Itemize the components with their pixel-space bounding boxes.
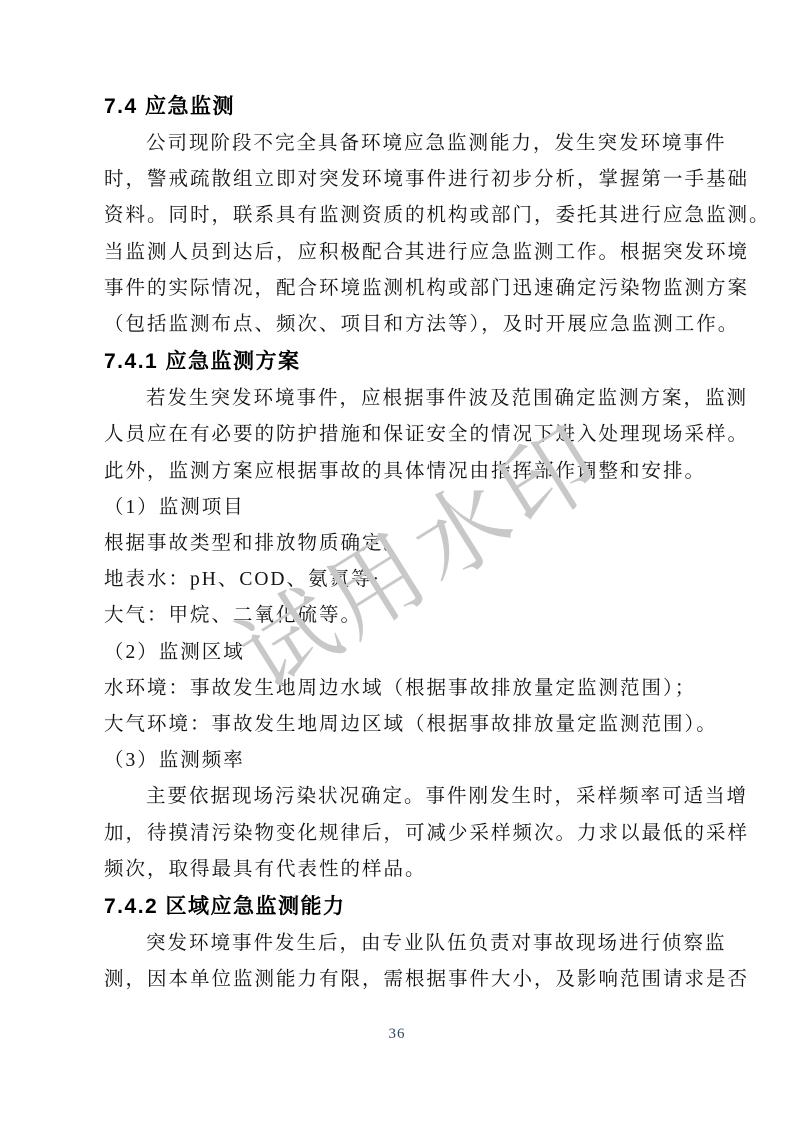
- para-line: 大气环境：事故发生地周边区域（根据事故排放量定监测范围）。: [104, 707, 690, 743]
- para-line: 当监测人员到达后，应积极配合其进行应急监测工作。根据突发环境: [104, 235, 690, 271]
- para-line: 加，待摸清污染物变化规律后，可减少采样频次。力求以最低的采样: [104, 816, 690, 852]
- para-line: 大气：甲烷、二氧化硫等。: [104, 598, 690, 634]
- heading-7-4: 7.4 应急监测: [104, 88, 690, 126]
- para-line: 测，因本单位监测能力有限，需根据事件大小，及影响范围请求是否: [104, 962, 690, 998]
- list-item-monitor-area: （2）监测区域: [104, 635, 690, 671]
- document-page: 7.4 应急监测 公司现阶段不完全具备环境应急监测能力，发生突发环境事件 时，警…: [0, 0, 794, 1123]
- heading-7-4-1: 7.4.1 应急监测方案: [104, 343, 690, 381]
- para-line: （包括监测布点、频次、项目和方法等），及时开展应急监测工作。: [104, 307, 690, 343]
- para-line: 地表水：pH、COD、氨氮等·: [104, 562, 690, 598]
- list-item-monitor-frequency: （3）监测频率: [104, 743, 690, 779]
- para-line: 此外，监测方案应根据事故的具体情况由指挥部作调整和安排。: [104, 454, 690, 490]
- page-number: 36: [0, 1026, 794, 1043]
- para-line: 频次，取得最具有代表性的样品。: [104, 852, 690, 888]
- para-line: 时，警戒疏散组立即对突发环境事件进行初步分析，掌握第一手基础: [104, 162, 690, 198]
- para-line: 事件的实际情况，配合环境监测机构或部门迅速确定污染物监测方案: [104, 271, 690, 307]
- para-line: 公司现阶段不完全具备环境应急监测能力，发生突发环境事件: [104, 126, 690, 162]
- para-line: 若发生突发环境事件，应根据事件波及范围确定监测方案，监测: [104, 381, 690, 417]
- para-line: 主要依据现场污染状况确定。事件刚发生时，采样频率可适当增: [104, 779, 690, 815]
- para-line: 根据事故类型和排放物质确定。: [104, 526, 690, 562]
- para-line: 资料。同时，联系具有监测资质的机构或部门，委托其进行应急监测。: [104, 198, 690, 234]
- para-line: 水环境：事故发生地周边水域（根据事故排放量定监测范围）；: [104, 671, 690, 707]
- para-line: 人员应在有必要的防护措施和保证安全的情况下进入处理现场采样。: [104, 417, 690, 453]
- heading-7-4-2: 7.4.2 区域应急监测能力: [104, 888, 690, 926]
- page-content: 7.4 应急监测 公司现阶段不完全具备环境应急监测能力，发生突发环境事件 时，警…: [104, 88, 690, 998]
- list-item-monitor-project: （1）监测项目: [104, 490, 690, 526]
- para-line: 突发环境事件发生后，由专业队伍负责对事故现场进行侦察监: [104, 926, 690, 962]
